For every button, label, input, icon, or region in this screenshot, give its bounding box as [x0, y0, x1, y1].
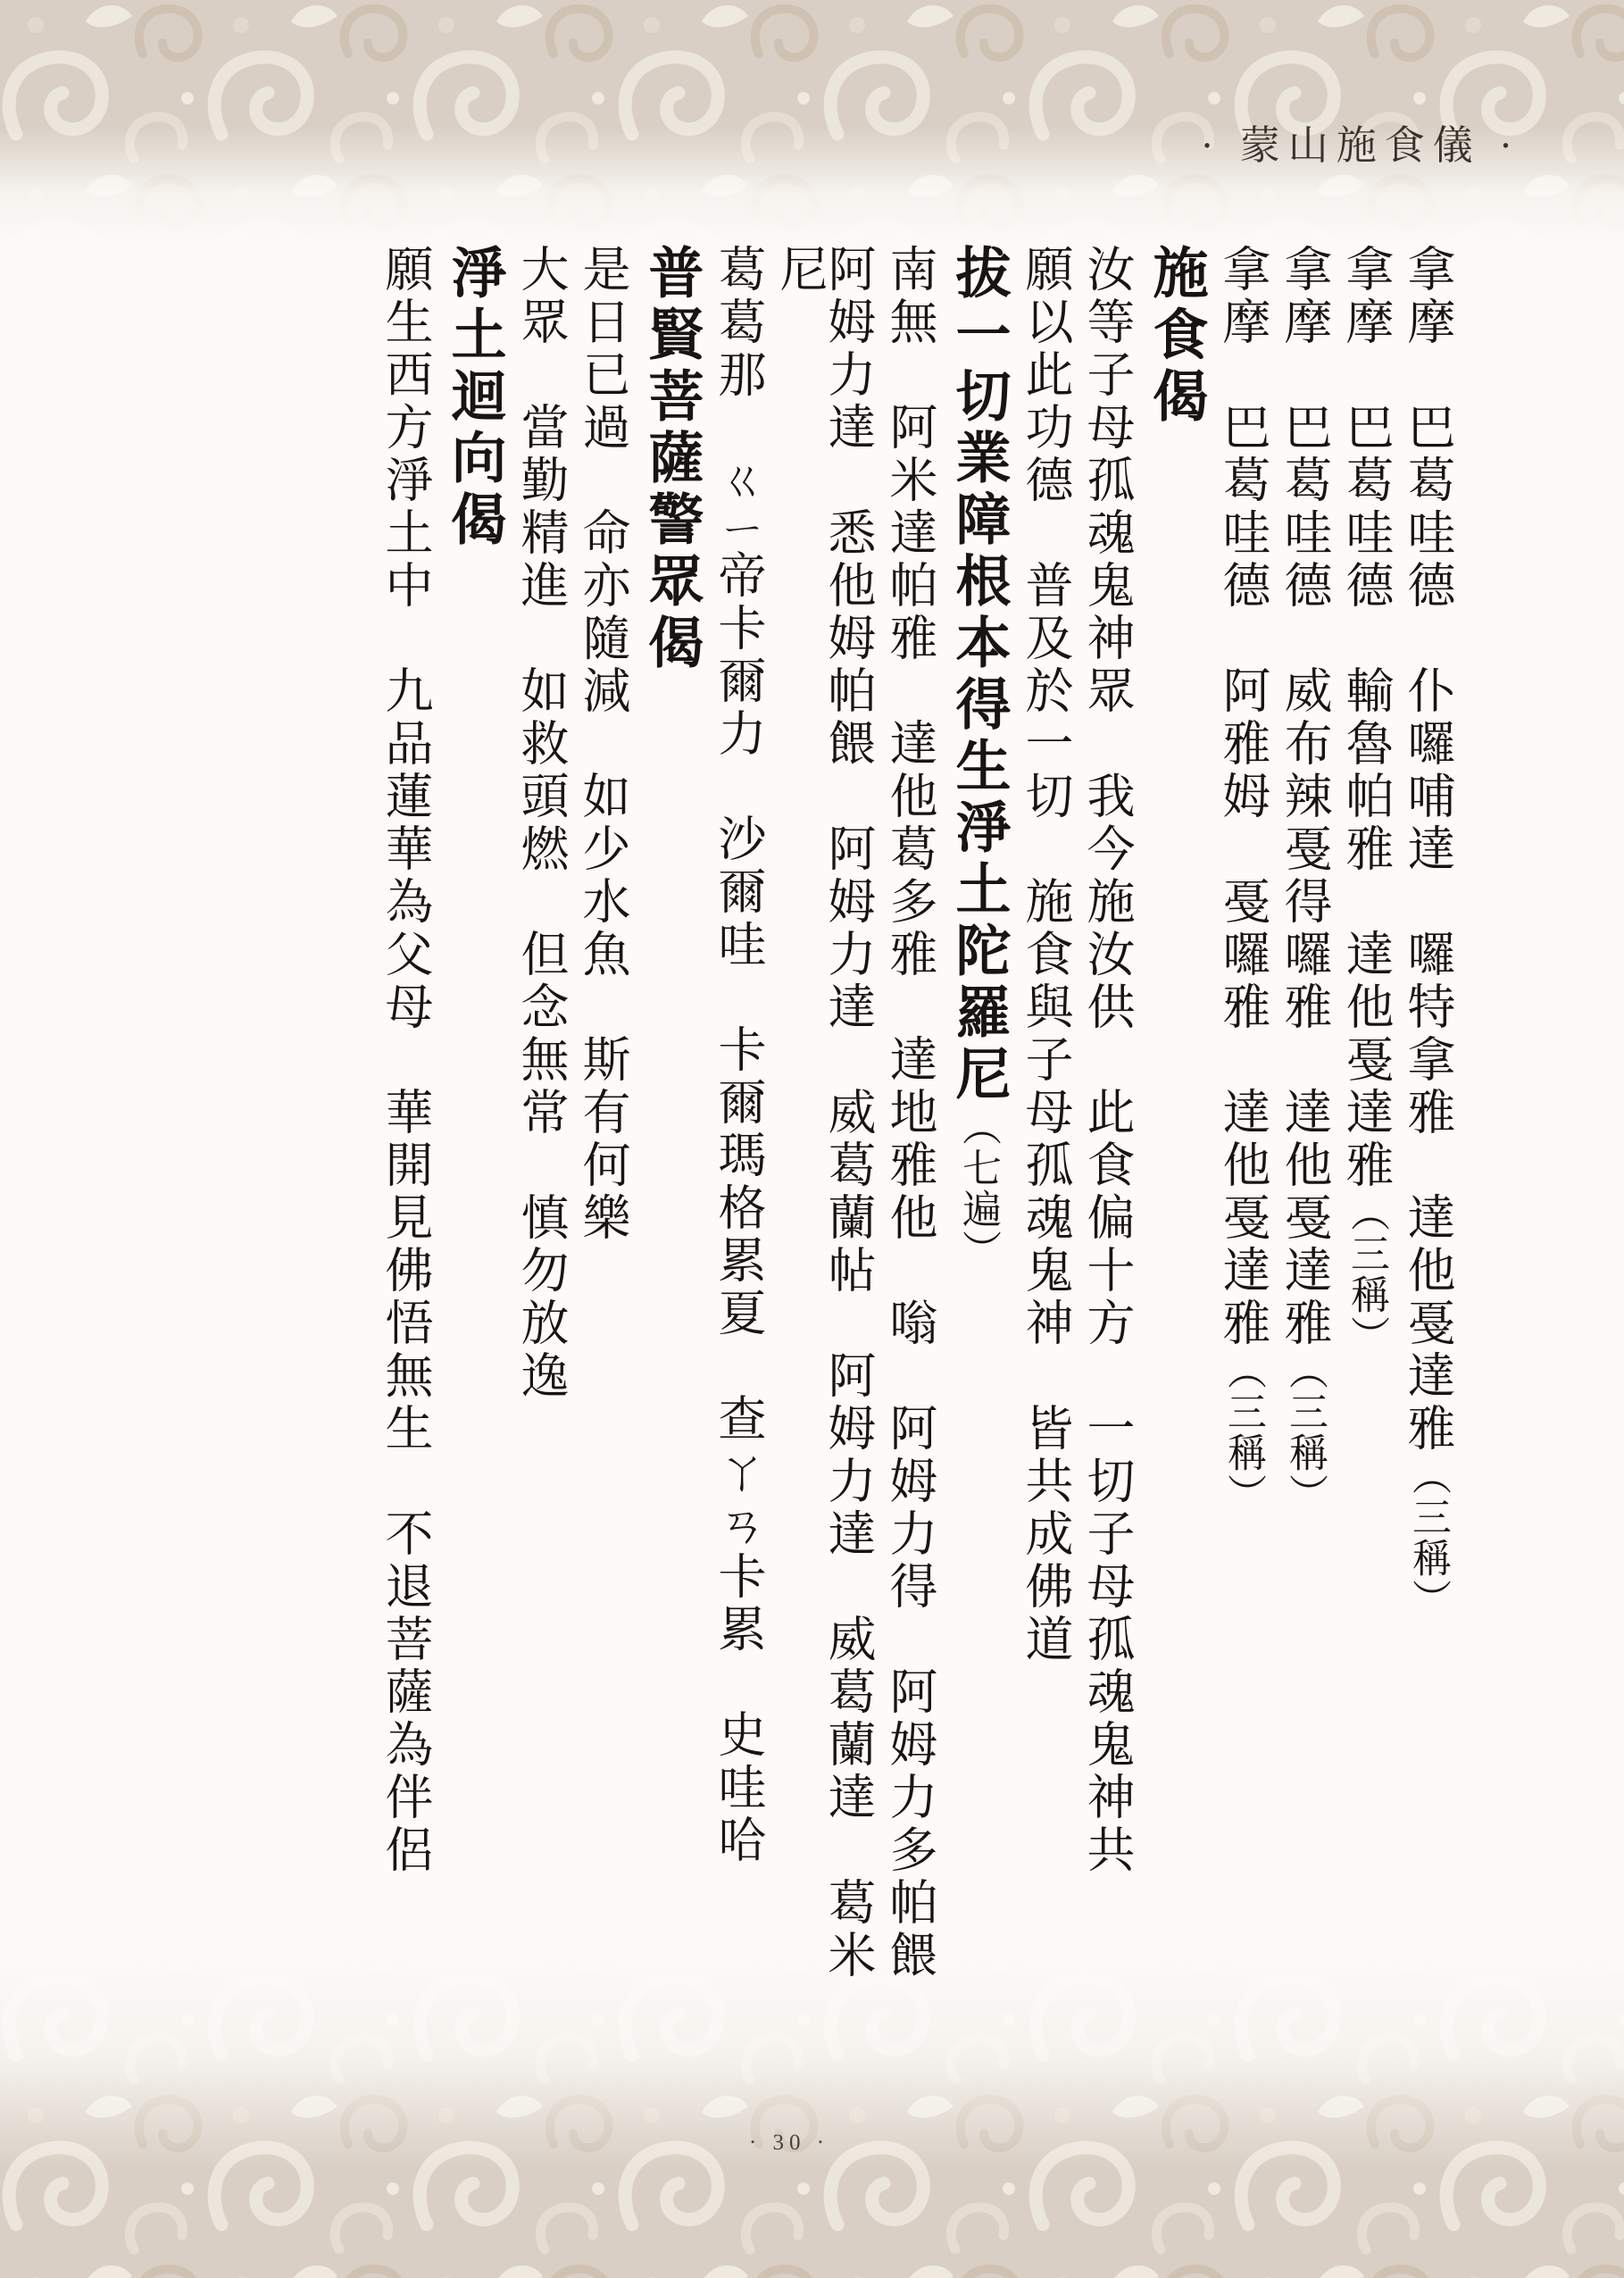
namo-invocation-column-4: 拿摩 巴葛哇德 阿雅姆 戞囉雅 達他戞達雅（三稱） [1219, 244, 1267, 2023]
heading-pureland-dedication-gatha: 淨土迴向偈 [446, 244, 501, 2023]
namo-invocation-column-3: 拿摩 巴葛哇德 威布辣戞得囉雅 達他戞達雅（三稱） [1280, 244, 1328, 2023]
namo-invocation-column-2: 拿摩 巴葛哇德 輸魯帕雅 達他戞達雅（三稱） [1342, 244, 1390, 2023]
verse-column-admonition-2: 大眾 當勤精進 如救頭燃 但念無常 慎勿放逸 [517, 244, 565, 2023]
verse-column-offering-2: 願以此功德 普及於一切 施食與子母孤魂鬼神 皆共成佛道 [1021, 244, 1070, 2023]
repeat-count-note: （三稱） [1406, 1456, 1450, 1620]
repeat-count-note: （三稱） [1221, 1350, 1265, 1514]
scripture-page: · 蒙山施食儀 · 拿摩 巴葛哇德 仆囉哺達 囉特拿雅 達他戞達雅（三稱） 拿摩… [0, 0, 1624, 2278]
dharani-column-3: 葛葛那 ㄍㄧ帝卡爾力 沙爾哇 卡爾瑪格累夏 查ㄚㄢ卡累 史哇哈 [714, 244, 762, 2023]
namo-invocation-column-1: 拿摩 巴葛哇德 仆囉哺達 囉特拿雅 達他戞達雅（三稱） [1403, 244, 1452, 2023]
repeat-count-note: （三稱） [1283, 1350, 1327, 1514]
verse-text: 拿摩 巴葛哇德 仆囉哺達 囉特拿雅 達他戞達雅 [1401, 244, 1454, 1456]
heading-text: 淨土迴向偈 [443, 244, 504, 552]
dharani-column-1: 南無 阿米達帕雅 達他葛多雅 達地雅他 嗡 阿姆力得 阿姆力多帕餵 [886, 244, 934, 2023]
heading-text: 拔一切業障根本得生淨土陀羅尼 [947, 244, 1008, 1106]
repeat-count-note: （七遍） [956, 1106, 1000, 1271]
heading-text: 施食偈 [1145, 244, 1205, 429]
verse-text: 葛葛那 ㄍㄧ帝卡爾力 沙爾哇 卡爾瑪格累夏 查ㄚㄢ卡累 史哇哈 [712, 244, 765, 1867]
heading-rebirth-dharani: 拔一切業障根本得生淨土陀羅尼（七遍） [950, 244, 1005, 2023]
verse-column-offering-1: 汝等子母孤魂鬼神眾 我今施汝供 此食偏十方 一切子母孤魂鬼神共 [1083, 244, 1131, 2023]
verse-text: 阿姆力達 悉他姆帕餵 阿姆力達 威葛蘭帖 阿姆力達 威葛蘭達 葛米尼 [773, 244, 875, 1982]
verse-column-admonition-1: 是日已過 命亦隨減 如少水魚 斯有何樂 [579, 244, 627, 2023]
page-number: · 30 · [749, 2131, 829, 2156]
verse-column-dedication: 願生西方淨土中 九品蓮華為父母 華開見佛悟無生 不退菩薩為伴侶 [381, 244, 429, 2023]
page-header-title: · 蒙山施食儀 · [1201, 113, 1520, 171]
heading-food-offering-gatha: 施食偈 [1147, 244, 1203, 2023]
verse-text: 大眾 當勤精進 如救頭燃 但念無常 慎勿放逸 [514, 244, 568, 1403]
verse-text: 拿摩 巴葛哇德 威布辣戞得囉雅 達他戞達雅 [1278, 244, 1331, 1350]
verse-text: 南無 阿米達帕雅 達他葛多雅 達地雅他 嗡 阿姆力得 阿姆力多帕餵 [883, 244, 937, 1982]
repeat-count-note: （三稱） [1345, 1192, 1388, 1356]
verse-text: 願生西方淨土中 九品蓮華為父母 華開見佛悟無生 不退菩薩為伴侶 [379, 244, 432, 1877]
heading-samantabhadra-admonition-gatha: 普賢菩薩警眾偈 [643, 244, 698, 2023]
verse-text: 願以此功德 普及於一切 施食與子母孤魂鬼神 皆共成佛道 [1019, 244, 1072, 1666]
dharani-column-2: 阿姆力達 悉他姆帕餵 阿姆力達 威葛蘭帖 阿姆力達 威葛蘭達 葛米尼 [776, 244, 872, 2023]
verse-text: 汝等子母孤魂鬼神眾 我今施汝供 此食偏十方 一切子母孤魂鬼神共 [1080, 244, 1134, 1877]
scripture-text-block: 拿摩 巴葛哇德 仆囉哺達 囉特拿雅 達他戞達雅（三稱） 拿摩 巴葛哇德 輸魯帕雅… [368, 244, 1465, 2023]
verse-text: 拿摩 巴葛哇德 輸魯帕雅 達他戞達雅 [1339, 244, 1393, 1192]
verse-text: 拿摩 巴葛哇德 阿雅姆 戞囉雅 達他戞達雅 [1216, 244, 1270, 1350]
verse-text: 是日已過 命亦隨減 如少水魚 斯有何樂 [576, 244, 629, 1245]
heading-text: 普賢菩薩警眾偈 [640, 244, 701, 675]
